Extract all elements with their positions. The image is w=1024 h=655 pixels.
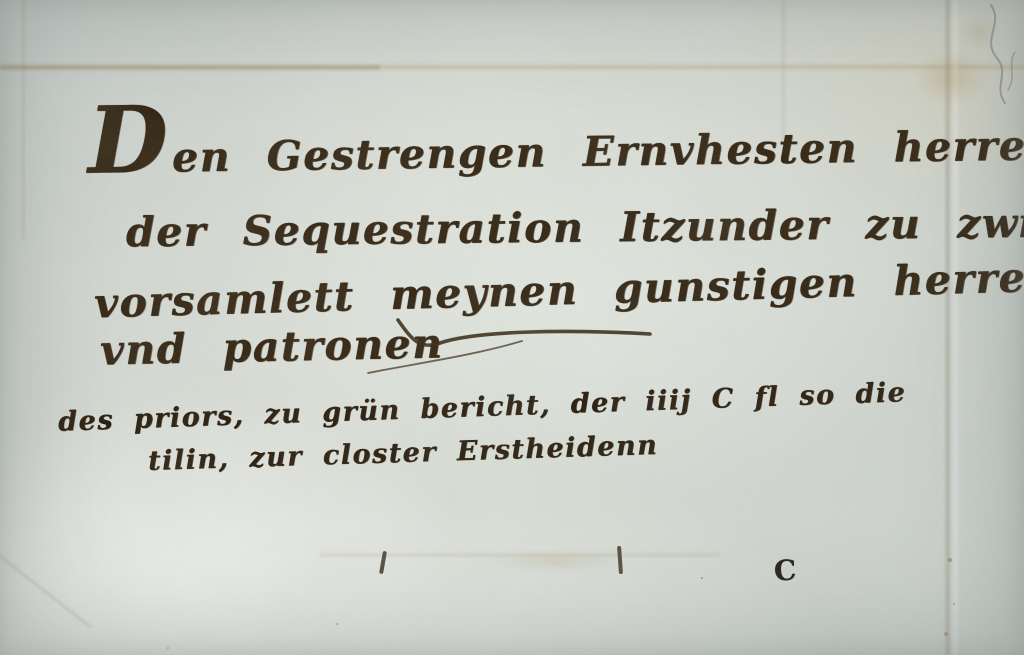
pencil-scribble-shelfmark-2 xyxy=(1008,52,1015,90)
paper-mottle xyxy=(0,0,1024,655)
fold-tick-mark-left xyxy=(379,551,387,574)
vertical-crease-upper-mid xyxy=(781,0,786,140)
archival-letter-mark: C xyxy=(773,553,797,587)
manuscript-letter-photo: Den Gestrengen Ernvhesten herren der Seq… xyxy=(0,0,1024,655)
underline-flourish-tail xyxy=(368,341,522,373)
pencil-scribble-shelfmark xyxy=(991,5,1005,103)
fold-smudge-bottom xyxy=(470,548,640,574)
brown-stain-top-right xyxy=(905,42,997,114)
paper-grain-texture xyxy=(0,0,1024,655)
vertical-fold-crease-right xyxy=(944,0,951,655)
fold-tick-mark-right xyxy=(617,546,623,574)
ink-specks xyxy=(948,558,952,562)
paper-fine-grain xyxy=(0,0,1024,655)
underline-flourish xyxy=(398,320,650,345)
horizontal-fold-crease-left xyxy=(0,64,380,71)
address-line-2: der Sequestration Itzunder zu zwickaw xyxy=(126,198,1024,257)
vertical-crease-left xyxy=(21,0,26,240)
brown-stain-top-right-small xyxy=(952,10,1006,54)
horizontal-fold-crease-bottom xyxy=(320,552,720,558)
address-line-3: vorsamlett meynen gunstigen herren xyxy=(94,253,1024,328)
horizontal-fold-crease xyxy=(0,63,1024,71)
address-line-1: Den Gestrengen Ernvhesten herren xyxy=(88,121,1024,183)
ink-flourish-layer xyxy=(0,0,1024,655)
note-line-1: des priors, zu grün bericht, der iiij C … xyxy=(58,377,907,438)
vertical-fold-highlight xyxy=(951,0,960,655)
address-line-4: vnd patronen xyxy=(100,319,444,374)
note-line-2: tilin, zur closter Erstheidenn xyxy=(148,430,659,477)
diagonal-crease-bottom-left xyxy=(0,546,93,630)
